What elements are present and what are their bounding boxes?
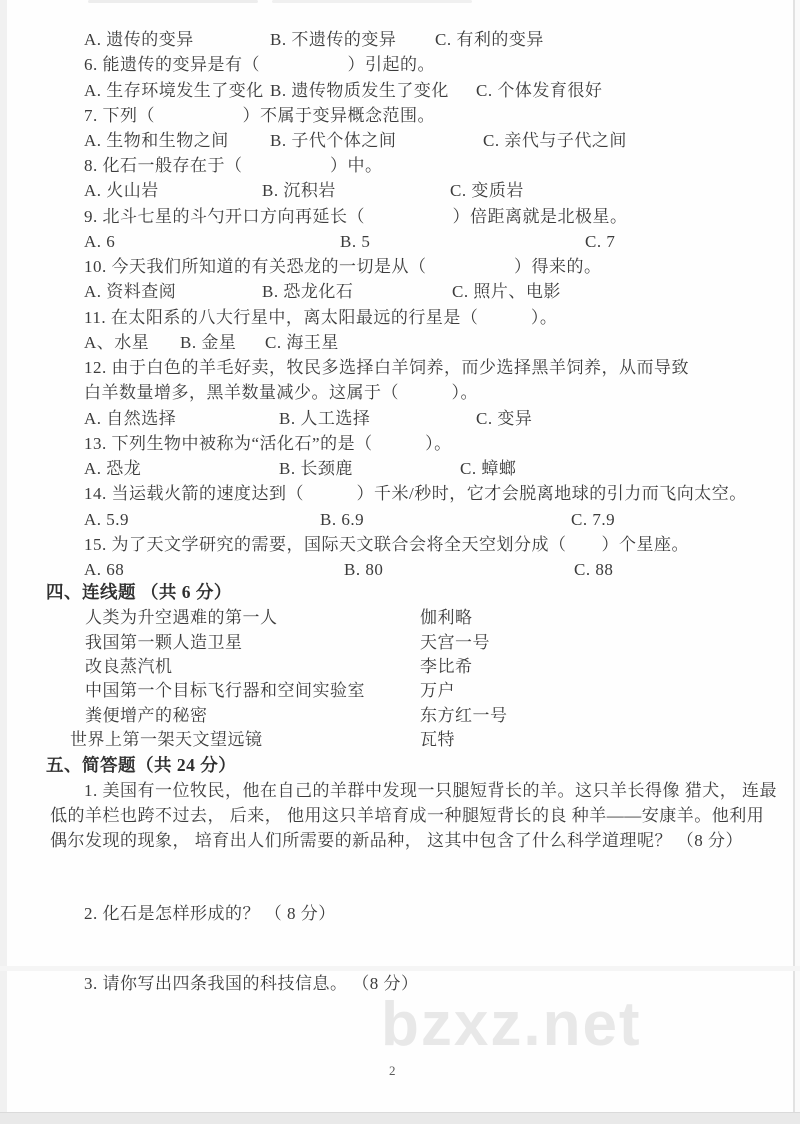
question-8: 8. 化石一般存在于（ ）中。: [84, 155, 383, 177]
question-6: 6. 能遗传的变异是有（ ）引起的。: [84, 54, 435, 76]
short-answer-q1-line3: 偶尔发现的现象， 培育出人们所需要的新品种， 这其中包含了什么科学道理呢？ （8…: [50, 830, 743, 852]
match-left: 世界上第一架天文望远镜: [70, 729, 263, 751]
option-c: C. 有利的变异: [435, 29, 544, 51]
option-c: C. 个体发育很好: [476, 80, 602, 102]
scan-streak: [0, 966, 800, 971]
question-13: 13. 下列生物中被称为“活化石”的是（ ）。: [84, 433, 452, 455]
option-a: A. 自然选择: [84, 408, 176, 430]
option-c: C. 亲代与子代之间: [483, 130, 627, 152]
question-9: 9. 北斗七星的斗勺开口方向再延长（ ）倍距离就是北极星。: [84, 206, 628, 228]
option-b: B. 长颈鹿: [279, 458, 353, 480]
match-right: 东方红一号: [420, 705, 508, 727]
option-c: C. 变异: [476, 408, 532, 430]
match-left: 改良蒸汽机: [85, 656, 173, 678]
option-a: A. 生存环境发生了变化: [84, 80, 264, 102]
option-b: B. 子代个体之间: [270, 130, 396, 152]
short-answer-q1-line1: 1. 美国有一位牧民，他在自己的羊群中发现一只腿短背长的羊。这只羊长得像 猎犬，…: [84, 780, 777, 802]
short-answer-q2: 2. 化石是怎样形成的？ （ 8 分）: [84, 903, 336, 925]
option-a: A. 5.9: [84, 509, 129, 531]
match-left: 粪便增产的秘密: [85, 705, 208, 727]
page-gap: [0, 1112, 800, 1124]
question-10: 10. 今天我们所知道的有关恐龙的一切是从（ ）得来的。: [84, 256, 602, 278]
option-b: B. 恐龙化石: [262, 281, 353, 303]
page-right-margin: [795, 0, 800, 1112]
watermark: bzxz.net: [381, 995, 642, 1055]
scan-artifact-top: [88, 0, 258, 3]
match-right: 天宫一号: [420, 632, 490, 654]
short-answer-section-heading: 五、简答题（共 24 分）: [46, 754, 236, 776]
matching-section-heading: 四、连线题 （共 6 分）: [46, 581, 232, 603]
match-left: 人类为升空遇难的第一人: [85, 607, 278, 629]
match-right: 伽利略: [420, 607, 473, 629]
option-c: C. 蟑螂: [460, 458, 516, 480]
option-c: C. 7.9: [571, 509, 615, 531]
option-a: A. 遗传的变异: [84, 29, 194, 51]
option-a: A. 6: [84, 231, 115, 253]
match-right: 万户: [420, 680, 455, 702]
question-11: 11. 在太阳系的八大行星中，离太阳最远的行星是（ ）。: [84, 307, 557, 329]
short-answer-q3: 3. 请你写出四条我国的科技信息。 （8 分）: [84, 973, 419, 995]
match-left: 中国第一个目标飞行器和空间实验室: [85, 680, 365, 702]
exam-page: A. 遗传的变异 B. 不遗传的变异 C. 有利的变异 6. 能遗传的变异是有（…: [0, 0, 800, 1134]
option-c: C. 海王星: [265, 332, 339, 354]
question-15: 15. 为了天文学研究的需要，国际天文联合会将全天空划分成（ ）个星座。: [84, 534, 689, 556]
match-right: 瓦特: [420, 729, 455, 751]
next-page-top: [0, 1124, 800, 1134]
option-c: C. 7: [585, 231, 615, 253]
option-a: A. 资料查阅: [84, 281, 176, 303]
question-7: 7. 下列（ ）不属于变异概念范围。: [84, 105, 435, 127]
option-b: B. 不遗传的变异: [270, 29, 396, 51]
scan-artifact-top: [272, 0, 472, 3]
option-c: C. 88: [574, 559, 613, 581]
option-c: C. 变质岩: [450, 180, 524, 202]
option-a: A. 恐龙: [84, 458, 141, 480]
question-14: 14. 当运载火箭的速度达到（ ）千米/秒时，它才会脱离地球的引力而飞向太空。: [84, 483, 747, 505]
option-a: A、水星: [84, 332, 149, 354]
match-right: 李比希: [420, 656, 473, 678]
option-a: A. 68: [84, 559, 124, 581]
question-12-line2: 白羊数量增多，黑羊数量减少。这属于（ ）。: [84, 382, 478, 404]
option-a: A. 火山岩: [84, 180, 159, 202]
question-12-line1: 12. 由于白色的羊毛好卖，牧民多选择白羊饲养，而少选择黑羊饲养，从而导致: [84, 357, 689, 379]
page-number: 2: [389, 1063, 396, 1079]
page-left-shadow: [0, 0, 7, 1112]
option-b: B. 人工选择: [279, 408, 370, 430]
option-b: B. 6.9: [320, 509, 364, 531]
option-b: B. 5: [340, 231, 370, 253]
match-left: 我国第一颗人造卫星: [85, 632, 243, 654]
option-b: B. 沉积岩: [262, 180, 336, 202]
option-c: C. 照片、电影: [452, 281, 561, 303]
option-a: A. 生物和生物之间: [84, 130, 229, 152]
option-b: B. 金星: [180, 332, 236, 354]
option-b: B. 80: [344, 559, 383, 581]
option-b: B. 遗传物质发生了变化: [270, 80, 449, 102]
short-answer-q1-line2: 低的羊栏也跨不过去， 后来， 他用这只羊培育成一种腿短背长的良 种羊——安康羊。…: [50, 805, 764, 827]
